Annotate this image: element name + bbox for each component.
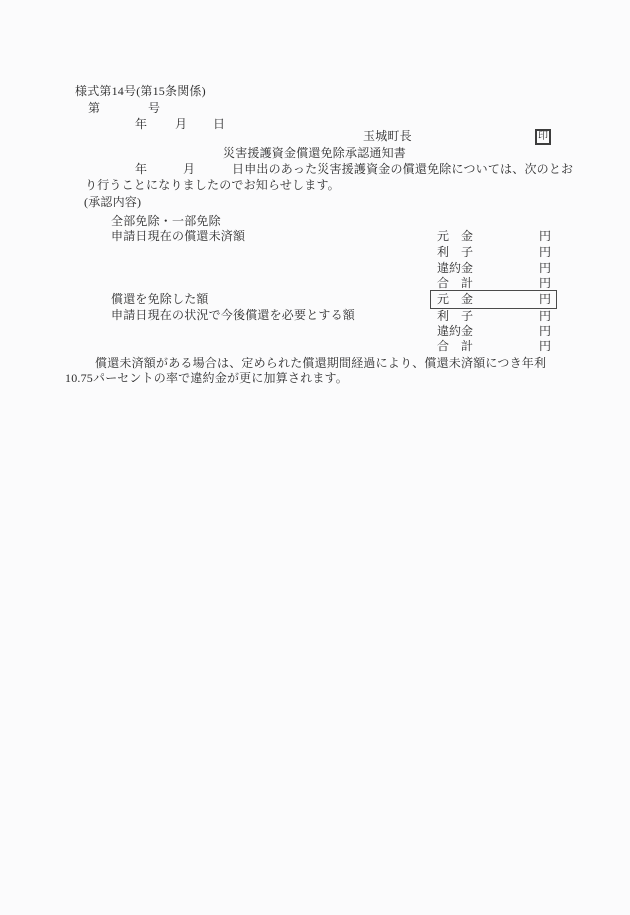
amount-row: 利 子 円 xyxy=(430,310,557,323)
seal-mark-icon: 印 xyxy=(538,132,548,142)
exemption-options: 全部免除・一部免除 xyxy=(111,215,221,228)
amount-label: 利 子 xyxy=(437,310,473,323)
amount-row: 違約金 円 xyxy=(430,262,557,275)
intro-line2: り行うことになりましたのでお知らせします。 xyxy=(85,179,340,192)
amount-label: 合 計 xyxy=(437,340,473,353)
amount-row: 合 計 円 xyxy=(430,340,557,353)
amount-row: 利 子 円 xyxy=(430,246,557,259)
amount-unit: 円 xyxy=(539,325,551,338)
date-day-label: 日 xyxy=(213,118,225,131)
issuer-name: 玉城町長 xyxy=(363,130,412,143)
date-year-label: 年 xyxy=(135,118,147,131)
approval-heading: (承認内容) xyxy=(84,196,141,209)
amount-unit: 円 xyxy=(539,310,551,323)
amount-unit: 円 xyxy=(539,293,551,306)
note-line1: 償還未済額がある場合は、定められた償還期間経過により、償還未済額につき年利 xyxy=(95,357,546,370)
future-required-amount-label: 申請日現在の状況で今後償還を必要とする額 xyxy=(111,309,355,322)
document-page: 様式第14号(第15条関係) 第 号 年 月 日 玉城町長 印 災害援護資金償還… xyxy=(0,0,630,915)
amount-unit: 円 xyxy=(539,277,551,290)
amount-label: 元 金 xyxy=(437,230,473,243)
amount-unit: 円 xyxy=(539,340,551,353)
amount-unit: 円 xyxy=(539,262,551,275)
form-number: 様式第14号(第15条関係) xyxy=(75,85,206,98)
amount-label: 元 金 xyxy=(437,293,473,306)
intro-year-label: 年 xyxy=(135,163,147,176)
document-title: 災害援護資金償還免除承認通知書 xyxy=(223,147,406,160)
doc-number-prefix: 第 xyxy=(88,102,100,115)
outstanding-amount-label: 申請日現在の償還未済額 xyxy=(111,230,245,243)
date-month-label: 月 xyxy=(175,118,187,131)
exempted-amount-label: 償還を免除した額 xyxy=(111,293,209,306)
amount-row-boxed: 元 金 円 xyxy=(430,293,557,306)
amount-label: 利 子 xyxy=(437,246,473,259)
amount-label: 違約金 xyxy=(437,262,473,275)
intro-line1: 日申出のあった災害援護資金の償還免除については、次のとお xyxy=(232,163,573,176)
amount-row: 元 金 円 xyxy=(430,230,557,243)
amount-unit: 円 xyxy=(539,246,551,259)
note-line2: 10.75パーセントの率で違約金が更に加算されます。 xyxy=(65,372,348,385)
intro-month-label: 月 xyxy=(183,163,195,176)
seal-box: 印 xyxy=(535,129,551,145)
doc-number-suffix: 号 xyxy=(148,102,160,115)
amount-row: 合 計 円 xyxy=(430,277,557,290)
amount-label: 違約金 xyxy=(437,325,473,338)
amount-label: 合 計 xyxy=(437,277,473,290)
amount-row: 違約金 円 xyxy=(430,325,557,338)
amount-unit: 円 xyxy=(539,230,551,243)
